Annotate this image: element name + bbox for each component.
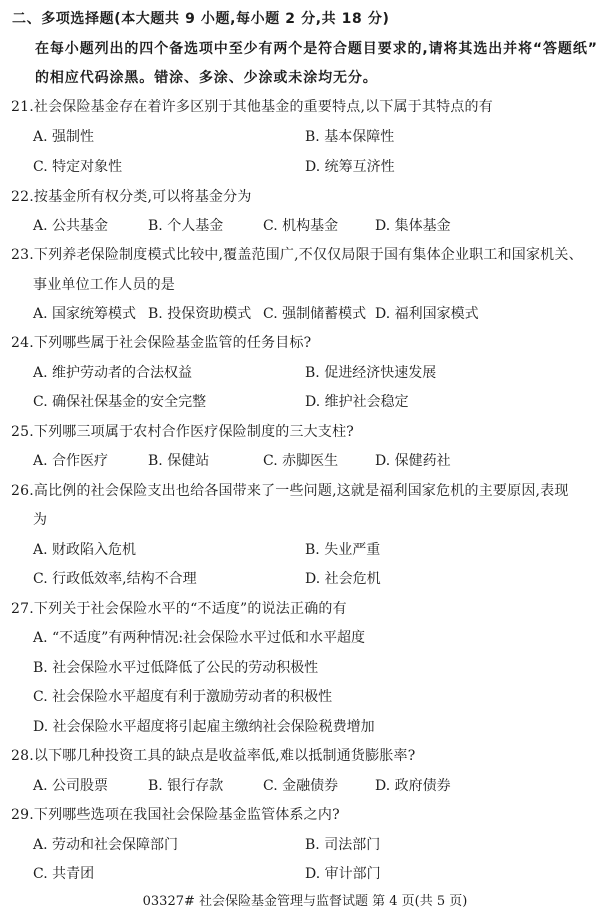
option-d: D. 政府债券 <box>375 777 451 795</box>
option-c: C. 社会保险水平超度有利于激励劳动者的积极性 <box>33 688 332 706</box>
question-stem: 23.下列养老保险制度模式比较中,覆盖范围广,不仅仅局限于国有集体企业职工和国家… <box>11 246 583 264</box>
question-number: 22. <box>11 189 34 205</box>
option-c: C. 金融债券 <box>263 777 338 795</box>
option-d: D. 统筹互济性 <box>305 158 395 176</box>
option-b: B. 个人基金 <box>148 217 223 235</box>
option-a: A. 国家统筹模式 <box>33 305 136 323</box>
option-a: A. 公司股票 <box>33 777 108 795</box>
option-c: C. 行政低效率,结构不合理 <box>33 570 197 588</box>
question-text: 下列哪些选项在我国社会保险基金监管体系之内? <box>34 807 340 823</box>
section-instructions-line-2: 的相应代码涂黑。错涂、多涂、少涂或未涂均无分。 <box>35 69 378 87</box>
question-stem: 25.下列哪三项属于农村合作医疗保险制度的三大支柱? <box>11 423 354 441</box>
option-b: B. 保健站 <box>148 452 209 470</box>
question-stem: 26.高比例的社会保险支出也给各国带来了一些问题,这就是福利国家危机的主要原因,… <box>11 482 569 500</box>
question-number: 27. <box>11 601 34 617</box>
option-c: C. 共青团 <box>33 865 94 883</box>
question-text: 下列养老保险制度模式比较中,覆盖范围广,不仅仅局限于国有集体企业职工和国家机关、 <box>34 247 583 263</box>
option-a: A. “不适度”有两种情况:社会保险水平过低和水平超度 <box>33 629 365 647</box>
question-stem: 24.下列哪些属于社会保险基金监管的任务目标? <box>11 334 311 352</box>
question-text: 社会保险基金存在着许多区别于其他基金的重要特点,以下属于其特点的有 <box>34 99 493 115</box>
option-a: A. 财政陷入危机 <box>33 541 136 559</box>
question-stem: 29.下列哪些选项在我国社会保险基金监管体系之内? <box>11 806 340 824</box>
question-stem-continuation: 事业单位工作人员的是 <box>33 276 175 294</box>
question-stem: 22.按基金所有权分类,可以将基金分为 <box>11 188 252 206</box>
question-number: 23. <box>11 247 34 263</box>
option-a: A. 维护劳动者的合法权益 <box>33 364 192 382</box>
option-a: A. 合作医疗 <box>33 452 108 470</box>
option-b: B. 基本保障性 <box>305 128 394 146</box>
question-text: 下列哪些属于社会保险基金监管的任务目标? <box>34 335 312 351</box>
option-c: C. 机构基金 <box>263 217 338 235</box>
question-text: 下列关于社会保险水平的“不适度”的说法正确的有 <box>34 601 347 617</box>
page-footer: 03327# 社会保险基金管理与监督试题 第 4 页(共 5 页) <box>0 893 610 911</box>
question-stem: 21.社会保险基金存在着许多区别于其他基金的重要特点,以下属于其特点的有 <box>11 98 493 116</box>
option-d: D. 福利国家模式 <box>375 305 479 323</box>
question-text: 以下哪几种投资工具的缺点是收益率低,难以抵制通货膨胀率? <box>34 748 416 764</box>
question-number: 28. <box>11 748 34 764</box>
section-instructions-line-1: 在每小题列出的四个备选项中至少有两个是符合题目要求的,请将其选出并将“答题纸” <box>35 40 598 58</box>
option-a: A. 劳动和社会保障部门 <box>33 836 178 854</box>
question-stem-continuation: 为 <box>33 511 47 529</box>
option-d: D. 集体基金 <box>375 217 451 235</box>
question-stem: 27.下列关于社会保险水平的“不适度”的说法正确的有 <box>11 600 347 618</box>
option-b: B. 促进经济快速发展 <box>305 364 436 382</box>
question-text: 高比例的社会保险支出也给各国带来了一些问题,这就是福利国家危机的主要原因,表现 <box>34 483 569 499</box>
question-text: 下列哪三项属于农村合作医疗保险制度的三大支柱? <box>34 424 354 440</box>
option-d: D. 维护社会稳定 <box>305 393 409 411</box>
question-number: 24. <box>11 335 34 351</box>
option-c: C. 特定对象性 <box>33 158 122 176</box>
option-b: B. 银行存款 <box>148 777 223 795</box>
option-d: D. 社会保险水平超度将引起雇主缴纳社会保险税费增加 <box>33 718 375 736</box>
option-b: B. 社会保险水平过低降低了公民的劳动积极性 <box>33 659 318 677</box>
option-a: A. 公共基金 <box>33 217 108 235</box>
question-stem: 28.以下哪几种投资工具的缺点是收益率低,难以抵制通货膨胀率? <box>11 747 415 765</box>
option-c: C. 确保社保基金的安全完整 <box>33 393 206 411</box>
option-b: B. 投保资助模式 <box>148 305 251 323</box>
option-a: A. 强制性 <box>33 128 94 146</box>
question-number: 26. <box>11 483 34 499</box>
option-b: B. 失业严重 <box>305 541 380 559</box>
question-number: 25. <box>11 424 34 440</box>
option-d: D. 社会危机 <box>305 570 381 588</box>
question-number: 21. <box>11 99 34 115</box>
option-c: C. 赤脚医生 <box>263 452 338 470</box>
option-d: D. 审计部门 <box>305 865 381 883</box>
section-heading: 二、多项选择题(本大题共 9 小题,每小题 2 分,共 18 分) <box>12 10 389 28</box>
question-number: 29. <box>11 807 34 823</box>
option-c: C. 强制储蓄模式 <box>263 305 366 323</box>
question-text: 按基金所有权分类,可以将基金分为 <box>34 189 252 205</box>
option-d: D. 保健药社 <box>375 452 451 470</box>
option-b: B. 司法部门 <box>305 836 380 854</box>
